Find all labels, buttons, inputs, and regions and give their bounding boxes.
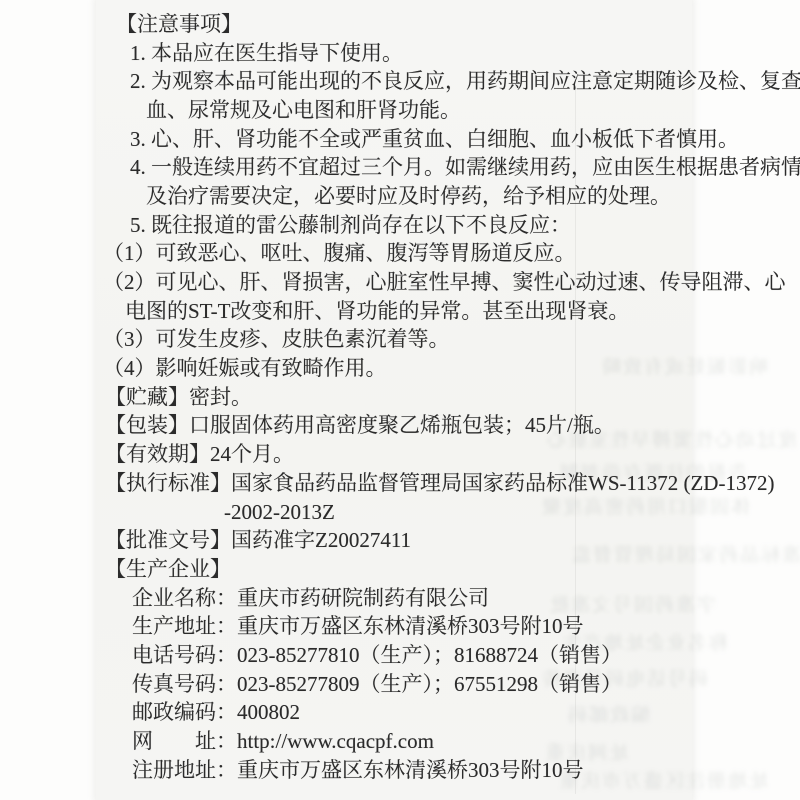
adverse-reaction-1: （1）可致恶心、呕吐、腹痛、腹泻等胃肠道反应。 — [0, 240, 800, 269]
package-line: 【包装】口服固体药用高密度聚乙烯瓶包装；45片/瓶。 — [0, 412, 800, 441]
package-insert-text: 【注意事项】 1. 本品应在医生指导下使用。 2. 为观察本品可能出现的不良反应… — [0, 0, 800, 800]
adverse-reaction-2-continued: 电图的ST-T改变和肝、肾功能的异常。甚至出现肾衰。 — [0, 297, 800, 326]
precaution-item-5: 5. 既往报道的雷公藤制剂尚存在以下不良反应： — [0, 211, 800, 240]
precaution-item-4-continued: 及治疗需要决定，必要时应及时停药，给予相应的处理。 — [0, 182, 800, 211]
adverse-reaction-4: （4）影响妊娠或有致畸作用。 — [0, 354, 800, 383]
expiry-line: 【有效期】24个月。 — [0, 440, 800, 469]
company-name-line: 企业名称：重庆市药研院制药有限公司 — [0, 584, 800, 613]
precaution-item-1: 1. 本品应在医生指导下使用。 — [0, 39, 800, 68]
adverse-reaction-3: （3）可发生皮疹、皮肤色素沉着等。 — [0, 326, 800, 355]
section-title-manufacturer: 【生产企业】 — [0, 555, 800, 584]
precaution-item-2-continued: 血、尿常规及心电图和肝肾功能。 — [0, 96, 800, 125]
standard-line-continued: -2002-2013Z — [0, 498, 800, 527]
precaution-item-3: 3. 心、肝、肾功能不全或严重贫血、白细胞、血小板低下者慎用。 — [0, 125, 800, 154]
phone-number-line: 电话号码：023-85277810（生产）；81688724（销售） — [0, 641, 800, 670]
website-line: 网 址：http://www.cqacpf.com — [0, 727, 800, 756]
approval-number-line: 【批准文号】国药准字Z20027411 — [0, 526, 800, 555]
precaution-item-4: 4. 一般连续用药不宜超过三个月。如需继续用药，应由医生根据患者病情 — [0, 153, 800, 182]
standard-line: 【执行标准】国家食品药品监督管理局国家药品标准WS-11372 (ZD-1372… — [0, 469, 800, 498]
section-title-precautions: 【注意事项】 — [0, 10, 800, 39]
storage-line: 【贮藏】密封。 — [0, 383, 800, 412]
postal-code-line: 邮政编码：400802 — [0, 699, 800, 728]
precaution-item-2: 2. 为观察本品可能出现的不良反应，用药期间应注意定期随诊及检、复查 — [0, 67, 800, 96]
adverse-reaction-2: （2）可见心、肝、肾损害，心脏室性早搏、窦性心动过速、传导阻滞、心 — [0, 268, 800, 297]
fax-number-line: 传真号码：023-85277809（生产）；67551298（销售） — [0, 670, 800, 699]
production-address-line: 生产地址：重庆市万盛区东林清溪桥303号附10号 — [0, 612, 800, 641]
registered-address-line: 注册地址：重庆市万盛区东林清溪桥303号附10号 — [0, 756, 800, 785]
